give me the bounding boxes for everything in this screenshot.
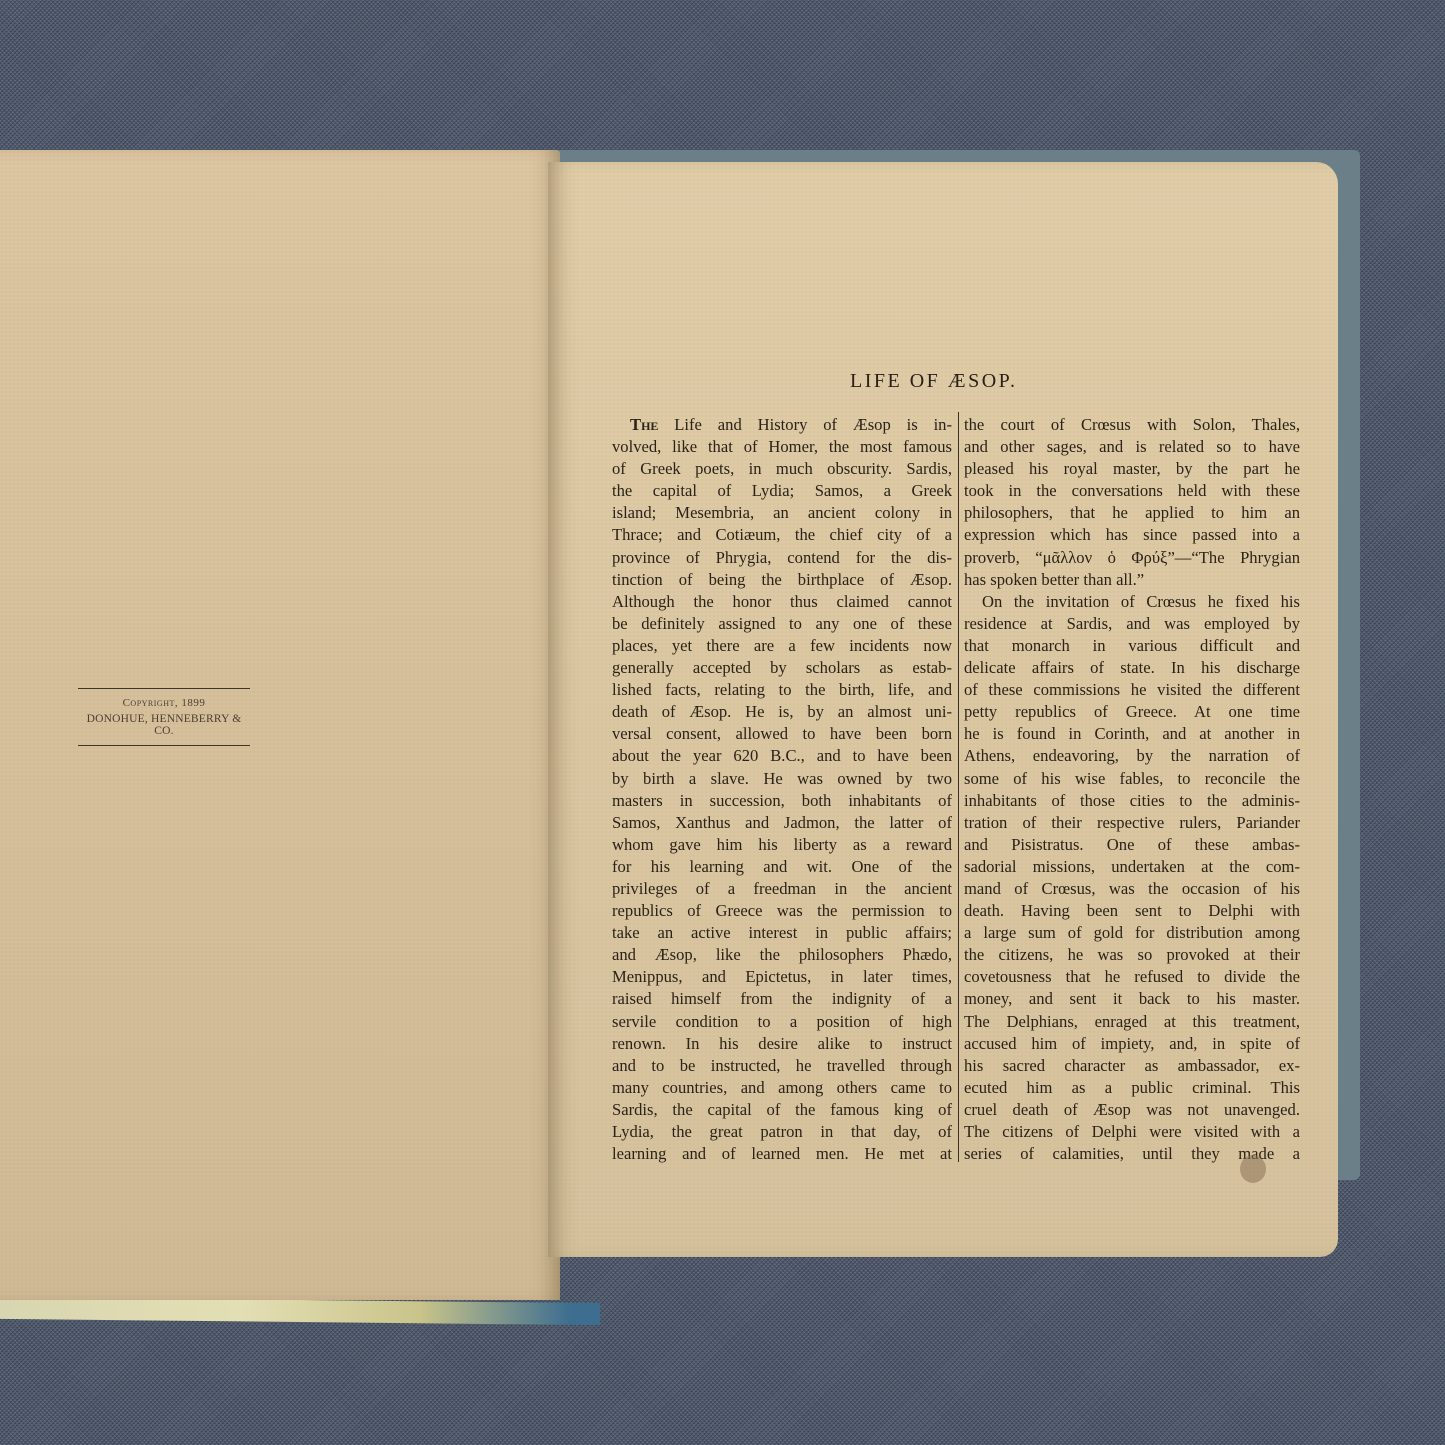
text-line: places, yet there are a few incidents no… bbox=[612, 635, 952, 657]
text-line: sadorial missions, undertaken at the com… bbox=[954, 856, 1300, 878]
text-line: privileges of a freedman in the ancient bbox=[612, 878, 952, 900]
text-line: by birth a slave. He was owned by two bbox=[612, 768, 952, 790]
text-column-left: The Life and History of Æsop is in- volv… bbox=[612, 414, 952, 1165]
text-line: philosophers, that he applied to him an bbox=[954, 502, 1300, 524]
text-line: The citizens of Delphi were visited with… bbox=[954, 1121, 1300, 1143]
text-line: the citizens, he was so provoked at thei… bbox=[954, 944, 1300, 966]
text-line: many countries, and among others came to bbox=[612, 1077, 952, 1099]
text-line: he is found in Corinth, and at another i… bbox=[954, 723, 1300, 745]
text-line: Athens, endeavoring, by the narration of bbox=[954, 745, 1300, 767]
text-line: took in the conversations held with thes… bbox=[954, 480, 1300, 502]
text-line: Thrace; and Cotiæum, the chief city of a bbox=[612, 524, 952, 546]
text-line: a large sum of gold for distribution amo… bbox=[954, 922, 1300, 944]
text-line: be definitely assigned to any one of the… bbox=[612, 613, 952, 635]
copyright-year: Copyright, 1899 bbox=[78, 697, 250, 709]
text-line: Although the honor thus claimed cannot bbox=[612, 591, 952, 613]
text-line: province of Phrygia, contend for the dis… bbox=[612, 547, 952, 569]
text-line: island; Mesembria, an ancient colony in bbox=[612, 502, 952, 524]
text-line: generally accepted by scholars as estab- bbox=[612, 657, 952, 679]
text-line: republics of Greece was the permission t… bbox=[612, 900, 952, 922]
text-line: cruel death of Æsop was not unavenged. bbox=[954, 1099, 1300, 1121]
text-line: raised himself from the indignity of a bbox=[612, 988, 952, 1010]
text-fragment: Life and History of Æsop is in- bbox=[658, 415, 952, 434]
text-line: tration of their respective rulers, Pari… bbox=[954, 812, 1300, 834]
text-line: the court of Crœsus with Solon, Thales, bbox=[954, 414, 1300, 436]
text-line: covetousness that he refused to divide t… bbox=[954, 966, 1300, 988]
book-cover-strip bbox=[0, 1297, 600, 1325]
text-line: ecuted him as a public criminal. This bbox=[954, 1077, 1300, 1099]
text-line: his sacred character as ambassador, ex- bbox=[954, 1055, 1300, 1077]
text-line: take an active interest in public affair… bbox=[612, 922, 952, 944]
text-line: death of Æsop. He is, by an almost uni- bbox=[612, 701, 952, 723]
page-title: LIFE OF ÆSOP. bbox=[850, 370, 1018, 393]
text-line: and other sages, and is related so to ha… bbox=[954, 436, 1300, 458]
copyright-rule-top bbox=[78, 688, 250, 689]
text-line: and Pisistratus. One of these ambas- bbox=[954, 834, 1300, 856]
text-line: death. Having been sent to Delphi with bbox=[954, 900, 1300, 922]
text-line: mand of Crœsus, was the occasion of his bbox=[954, 878, 1300, 900]
text-line: renown. In his desire alike to instruct bbox=[612, 1033, 952, 1055]
drop-word: The bbox=[630, 415, 658, 434]
text-line: about the year 620 B.C., and to have bee… bbox=[612, 745, 952, 767]
text-line: tinction of being the birthplace of Æsop… bbox=[612, 569, 952, 591]
text-line: pleased his royal master, by the part he bbox=[954, 458, 1300, 480]
text-line: expression which has since passed into a bbox=[954, 524, 1300, 546]
text-line: residence at Sardis, and was employed by bbox=[954, 613, 1300, 635]
copyright-rule-bottom bbox=[78, 745, 250, 746]
text-line: Menippus, and Epictetus, in later times, bbox=[612, 966, 952, 988]
text-line: whom gave him his liberty as a reward bbox=[612, 834, 952, 856]
text-line: lished facts, relating to the birth, lif… bbox=[612, 679, 952, 701]
text-line: servile condition to a position of high bbox=[612, 1011, 952, 1033]
text-line: Samos, Xanthus and Jadmon, the latter of bbox=[612, 812, 952, 834]
text-line: versal consent, allowed to have been bor… bbox=[612, 723, 952, 745]
text-line: and Æsop, like the philosophers Phædo, bbox=[612, 944, 952, 966]
copyright-block: Copyright, 1899 DONOHUE, HENNEBERRY & CO… bbox=[78, 688, 250, 746]
text-line: the capital of Lydia; Samos, a Greek bbox=[612, 480, 952, 502]
text-line: has spoken better than all.” bbox=[954, 569, 1300, 591]
text-line: learning and of learned men. He met at bbox=[612, 1143, 952, 1165]
text-line: volved, like that of Homer, the most fam… bbox=[612, 436, 952, 458]
text-line: money, and sent it back to his master. bbox=[954, 988, 1300, 1010]
text-line: of Greek poets, in much obscurity. Sardi… bbox=[612, 458, 952, 480]
text-line: for his learning and wit. One of the bbox=[612, 856, 952, 878]
publisher-name: DONOHUE, HENNEBERRY & CO. bbox=[78, 713, 250, 737]
text-line: proverb, “μᾶλλον ὁ Φρύξ”—“The Phrygian bbox=[954, 547, 1300, 569]
text-line: of these commissions he visited the diff… bbox=[954, 679, 1300, 701]
text-line: and to be instructed, he travelled throu… bbox=[612, 1055, 952, 1077]
text-line: delicate affairs of state. In his discha… bbox=[954, 657, 1300, 679]
text-line: masters in succession, both inhabitants … bbox=[612, 790, 952, 812]
text-line: some of his wise fables, to reconcile th… bbox=[954, 768, 1300, 790]
text-line: petty republics of Greece. At one time bbox=[954, 701, 1300, 723]
text-line: Sardis, the capital of the famous king o… bbox=[612, 1099, 952, 1121]
paper-stain bbox=[1240, 1155, 1266, 1183]
text-line: that monarch in various difficult and bbox=[954, 635, 1300, 657]
text-line: The Delphians, enraged at this treatment… bbox=[954, 1011, 1300, 1033]
text-line: The Life and History of Æsop is in- bbox=[612, 414, 952, 436]
text-line: inhabitants of those cities to the admin… bbox=[954, 790, 1300, 812]
text-column-right: the court of Crœsus with Solon, Thales, … bbox=[954, 414, 1300, 1165]
text-line: Lydia, the great patron in that day, of bbox=[612, 1121, 952, 1143]
text-line: accused him of impiety, and, in spite of bbox=[954, 1033, 1300, 1055]
text-line: On the invitation of Crœsus he fixed his bbox=[954, 591, 1300, 613]
